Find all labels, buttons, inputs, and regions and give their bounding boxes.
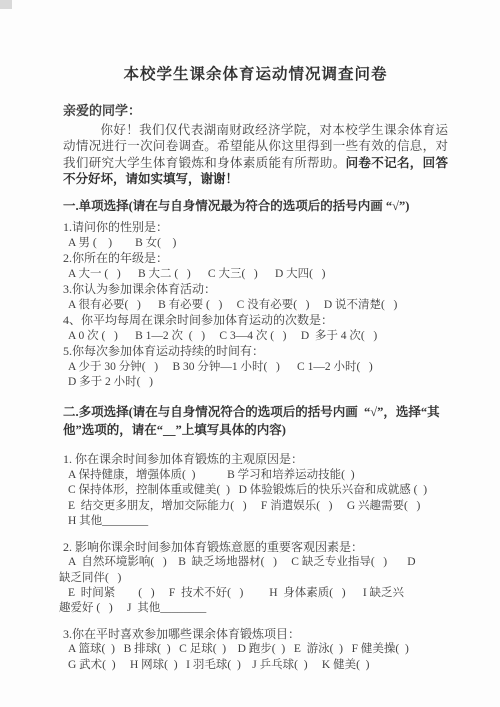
question-s1-1: 1.请问你的性别是： A 男 ( ) B 女( ) — [63, 220, 448, 251]
option-line-wrap: 缺乏同伴( ) — [59, 571, 448, 586]
option-line-wrap: 趣爱好 ( ) J 其他________ — [59, 601, 448, 616]
question-s1-4: 4、你平均每周在课余时间参加体育运动的次数是： A 0 次 ( ) B 1—2 … — [63, 313, 448, 344]
section2: 1. 你在课余时间参加体育锻炼的主观原因是： A 保持健康，增强体质( ) B … — [63, 452, 448, 673]
section1: 1.请问你的性别是： A 男 ( ) B 女( ) 2.你所在的年级是： A 大… — [63, 220, 448, 390]
question-s2-1: 1. 你在课余时间参加体育锻炼的主观原因是： A 保持健康，增强体质( ) B … — [63, 452, 448, 529]
option-line: A 少于 30 分钟( ) B 30 分钟—1 小时( ) C 1—2 小时( … — [63, 360, 448, 375]
section1-heading: 一.单项选择(请在与自身情况最为符合的选项后的括号内画 “√”) — [63, 198, 448, 216]
option-line: A 篮球( ) B 排球( ) C 足球( ) D 跑步( ) E 游泳( ) … — [63, 642, 448, 657]
option-line: D 多于 2 小时( ) — [63, 375, 448, 390]
question-stem: 5.你每次参加体育运动持续的时间有： — [63, 344, 448, 360]
option-line-other: H 其他________ — [63, 514, 448, 529]
intro-paragraph: 你好！我们仅代表湖南财政经济学院，对本校学生课余体育运动情况进行一次问卷调查。希… — [63, 122, 448, 188]
option-line: A 很有必要( ) B 有必要 ( ) C 没有必要( ) D 说不清楚( ) — [63, 298, 448, 313]
questionnaire-page: 本校学生课余体育运动情况调查问卷 亲爱的同学： 你好！我们仅代表湖南财政经济学院… — [0, 0, 500, 707]
page-title: 本校学生课余体育运动情况调查问卷 — [63, 62, 448, 84]
question-stem: 3.你在平时喜欢参加哪些课余体育锻炼项目： — [63, 627, 448, 643]
option-line: E 时间紧 ( ) F 技术不好( ) H 身体素质( ) I 缺乏兴 — [63, 586, 448, 601]
option-line: A 自然环境影响( ) B 缺乏场地器材( ) C 缺乏专业指导( ) D — [63, 555, 448, 570]
question-stem: 4、你平均每周在课余时间参加体育运动的次数是： — [63, 313, 448, 329]
section2-heading: 二.多项选择(请在与自身情况符合的选项后的括号内画 “√”，选择“其他”选项的，… — [63, 404, 448, 439]
question-stem: 2.你所在的年级是： — [63, 251, 448, 267]
question-s1-2: 2.你所在的年级是： A 大一 ( ) B 大二 ( ) C 大三( ) D 大… — [63, 251, 448, 282]
option-line: A 0 次 ( ) B 1—2 次 ( ) C 3—4 次 ( ) D 多于 4… — [63, 329, 448, 344]
option-line: E 结交更多朋友，增加交际能力( ) F 消遣娱乐( ) G 兴趣需要( ) — [63, 499, 448, 514]
question-s1-3: 3.你认为参加课余体育活动： A 很有必要( ) B 有必要 ( ) C 没有必… — [63, 282, 448, 313]
option-line: G 武术( ) H 网球( ) I 羽毛球( ) J 乒乓球( ) K 健美( … — [63, 658, 448, 673]
option-line: A 大一 ( ) B 大二 ( ) C 大三( ) D 大四( ) — [63, 267, 448, 282]
question-stem: 1.请问你的性别是： — [63, 220, 448, 236]
question-stem: 2. 影响你课余时间参加体育锻炼意愿的重要客观因素是： — [63, 540, 448, 556]
option-line: A 男 ( ) B 女( ) — [63, 236, 448, 251]
option-line: C 保持体形，控制体重或健美( ) D 体验锻炼后的快乐兴奋和成就感 ( ) — [63, 483, 448, 498]
question-s1-5: 5.你每次参加体育运动持续的时间有： A 少于 30 分钟( ) B 30 分钟… — [63, 344, 448, 390]
question-stem: 1. 你在课余时间参加体育锻炼的主观原因是： — [63, 452, 448, 468]
question-stem: 3.你认为参加课余体育活动： — [63, 282, 448, 298]
salutation: 亲爱的同学： — [63, 102, 448, 120]
scan-artifact — [0, 0, 12, 9]
question-s2-2: 2. 影响你课余时间参加体育锻炼意愿的重要客观因素是： A 自然环境影响( ) … — [63, 540, 448, 617]
option-line: A 保持健康，增强体质( ) B 学习和培养运动技能( ) — [63, 468, 448, 483]
question-s2-3: 3.你在平时喜欢参加哪些课余体育锻炼项目： A 篮球( ) B 排球( ) C … — [63, 627, 448, 673]
